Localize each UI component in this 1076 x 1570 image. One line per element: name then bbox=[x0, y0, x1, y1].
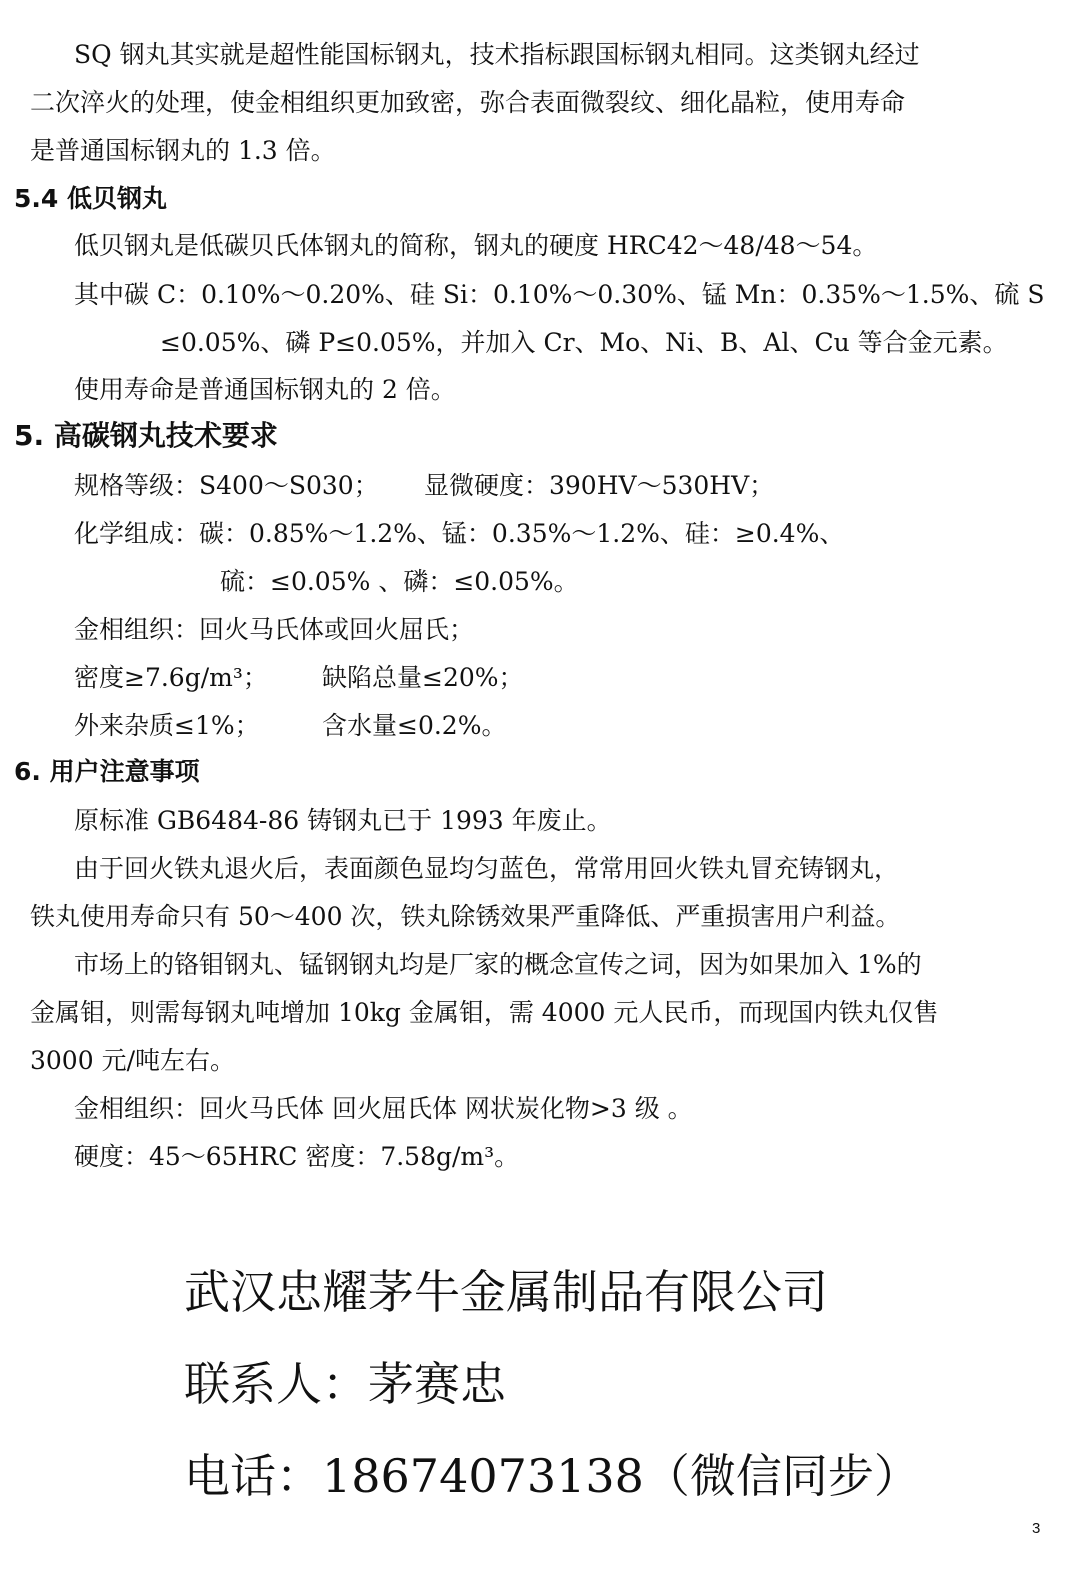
paragraph-line: 是普通国标钢丸的 1.3 倍。 bbox=[30, 136, 336, 166]
company-name: 武汉忠耀茅牛金属制品有限公司 bbox=[184, 1264, 828, 1320]
contact-phone: 电话：18674073138（微信同步） bbox=[184, 1448, 920, 1504]
paragraph-line: 二次淬火的处理，使金相组织更加致密，弥合表面微裂纹、细化晶粒，使用寿命 bbox=[30, 88, 905, 118]
chemical-composition-cont: 硫：≤0.05% 、磷：≤0.05%。 bbox=[220, 567, 579, 597]
paragraph-line: 金属钼，则需每钢丸吨增加 10kg 金属钼，需 4000 元人民币，而现国内铁丸… bbox=[30, 998, 938, 1028]
paragraph-line: 低贝钢丸是低碳贝氏体钢丸的简称，钢丸的硬度 HRC42～48/48～54。 bbox=[74, 231, 877, 261]
contact-person: 联系人：茅赛忠 bbox=[184, 1356, 506, 1412]
paragraph-line: 市场上的铬钼钢丸、锰钢钢丸均是厂家的概念宣传之词，因为如果加入 1%的 bbox=[74, 950, 922, 980]
impurities: 外来杂质≤1%； bbox=[74, 711, 260, 741]
chemical-composition: 化学组成：碳：0.85%～1.2%、锰：0.35%～1.2%、硅：≥0.4%、 bbox=[74, 519, 844, 549]
paragraph-line: 铁丸使用寿命只有 50～400 次，铁丸除锈效果严重降低、严重损害用户利益。 bbox=[30, 902, 900, 932]
paragraph-line: 由于回火铁丸退火后，表面颜色显均匀蓝色，常常用回火铁丸冒充铸钢丸， bbox=[74, 854, 899, 884]
paragraph-line: 3000 元/吨左右。 bbox=[30, 1046, 235, 1076]
moisture: 含水量≤0.2%。 bbox=[322, 711, 506, 741]
section-heading-5-4: 5.4 低贝钢丸 bbox=[14, 184, 167, 214]
paragraph-line: SQ 钢丸其实就是超性能国标钢丸，技术指标跟国标钢丸相同。这类钢丸经过 bbox=[74, 40, 920, 70]
spec-grade: 规格等级：S400～S030； bbox=[74, 471, 379, 501]
density: 密度≥7.6g/m³； bbox=[74, 663, 268, 693]
metallography: 金相组织：回火马氏体或回火屈氏； bbox=[74, 615, 474, 645]
defects: 缺陷总量≤20%； bbox=[322, 663, 524, 693]
paragraph-line: 使用寿命是普通国标钢丸的 2 倍。 bbox=[74, 375, 456, 405]
paragraph-line: 硬度：45～65HRC 密度：7.58g/m³。 bbox=[74, 1142, 519, 1172]
page-number: 3 bbox=[1032, 1520, 1040, 1537]
section-heading-5: 5. 高碳钢丸技术要求 bbox=[14, 421, 278, 451]
paragraph-line: 原标准 GB6484-86 铸钢丸已于 1993 年废止。 bbox=[74, 806, 612, 836]
paragraph-line: ≤0.05%、磷 P≤0.05%，并加入 Cr、Mo、Ni、B、Al、Cu 等合… bbox=[160, 328, 1008, 358]
paragraph-line: 金相组织：回火马氏体 回火屈氏体 网状炭化物>3 级 。 bbox=[74, 1094, 693, 1124]
paragraph-line: 其中碳 C：0.10%～0.20%、硅 Si：0.10%～0.30%、锰 Mn：… bbox=[74, 280, 1044, 310]
section-heading-6: 6. 用户注意事项 bbox=[14, 757, 200, 787]
micro-hardness: 显微硬度：390HV～530HV； bbox=[424, 471, 774, 501]
